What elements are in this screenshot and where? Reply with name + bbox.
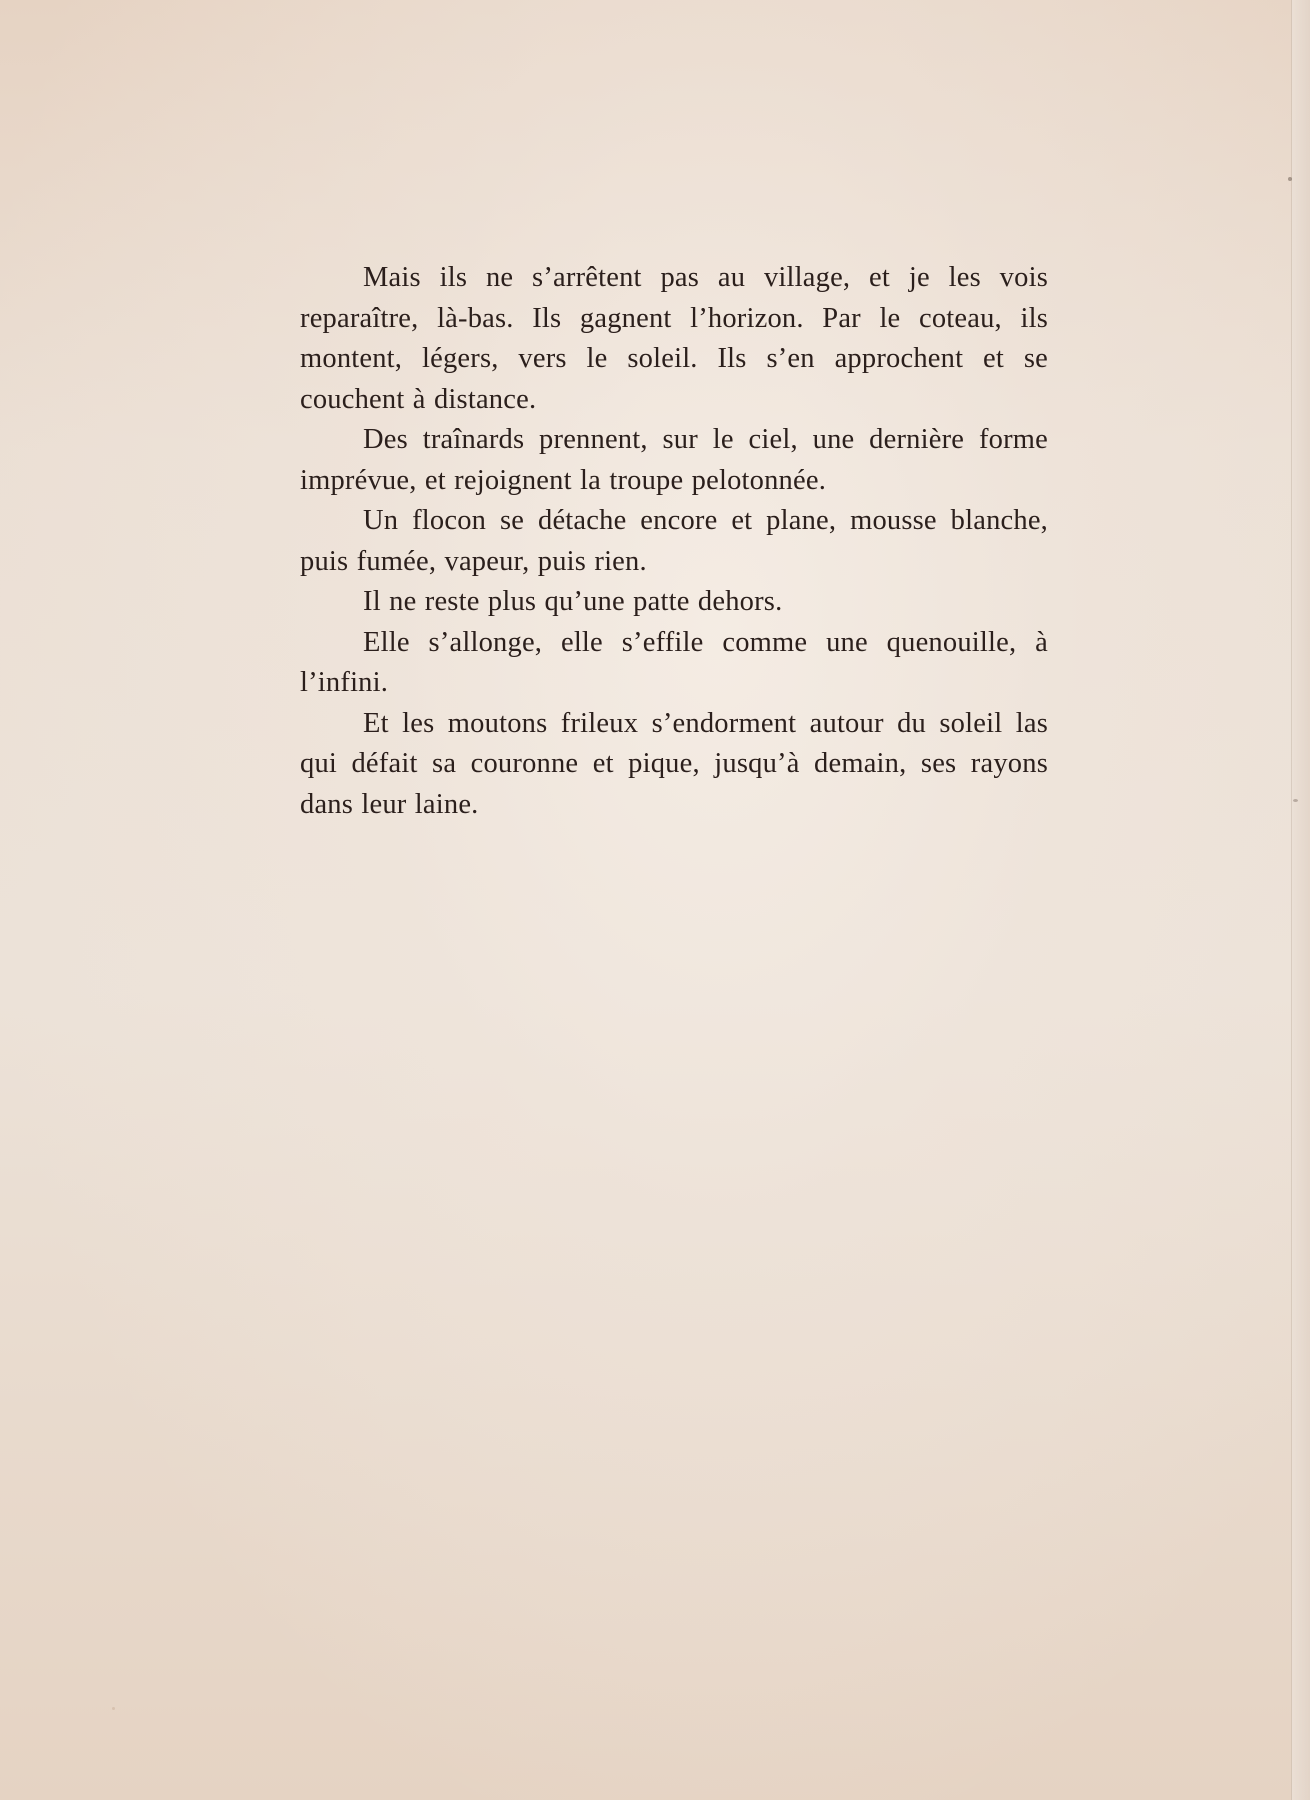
- body-text: Mais ils ne s’arrêtent pas au village, e…: [300, 258, 1048, 825]
- paragraph: Et les moutons frileux s’endorment autou…: [300, 704, 1048, 826]
- page-edge-margin: [1292, 0, 1310, 1800]
- paragraph: Mais ils ne s’arrêtent pas au village, e…: [300, 258, 1048, 420]
- paper-speck: [112, 1707, 115, 1710]
- book-page: Mais ils ne s’arrêtent pas au village, e…: [0, 0, 1310, 1800]
- paragraph: Il ne reste plus qu’une patte dehors.: [300, 582, 1048, 623]
- paper-speck: [1288, 177, 1292, 181]
- paragraph: Elle s’allonge, elle s’effile comme une …: [300, 623, 1048, 704]
- paragraph: Des traînards prennent, sur le ciel, une…: [300, 420, 1048, 501]
- paragraph: Un flocon se détache encore et plane, mo…: [300, 501, 1048, 582]
- paper-speck: [1293, 799, 1298, 802]
